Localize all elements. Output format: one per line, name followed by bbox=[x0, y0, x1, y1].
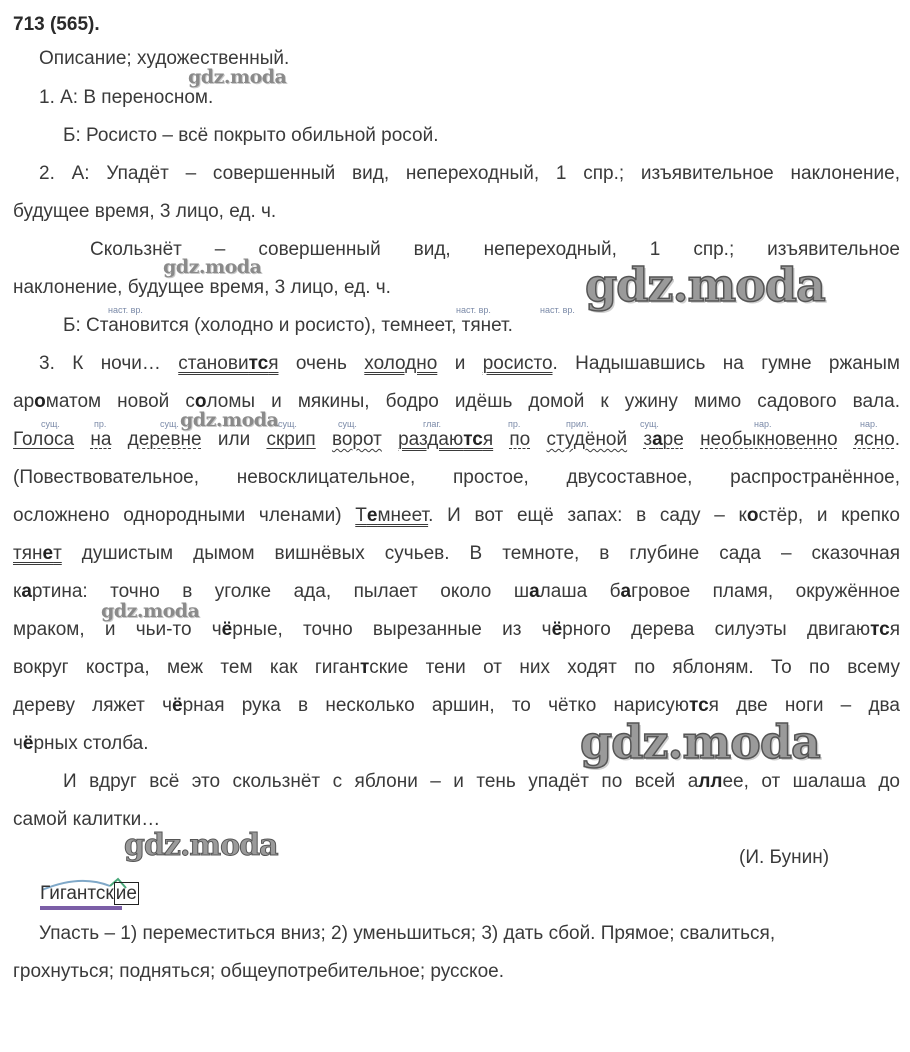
pos-label: нар. bbox=[754, 419, 771, 429]
text-line-2: ароматом новой соломы и мякины, бодро ид… bbox=[13, 391, 900, 413]
final-line-2: грохнуться; подняться; общеупотребительн… bbox=[13, 961, 504, 983]
watermark: gdz.moda bbox=[188, 66, 286, 88]
pos-label: пр. bbox=[94, 419, 106, 429]
answer-1b: Б: Росисто – всё покрыто обильной росой. bbox=[63, 125, 438, 147]
author: (И. Бунин) bbox=[739, 847, 829, 869]
answer-2a-line1: 2. А: Упадёт – совершенный вид, неперехо… bbox=[39, 163, 900, 185]
text-line-12: И вдруг всё это скользнёт с яблони – и т… bbox=[63, 771, 900, 793]
watermark: gdz.moda bbox=[585, 258, 825, 312]
final-line-1: Упасть – 1) переместиться вниз; 2) умень… bbox=[39, 923, 775, 945]
predicate: Темнеет bbox=[355, 505, 428, 526]
text-line-10: дереву ляжет чёрная рука в несколько арш… bbox=[13, 695, 900, 717]
watermark: gdz.moda bbox=[163, 256, 261, 278]
answer-2a-line2: будущее время, 3 лицо, ед. ч. bbox=[13, 201, 276, 223]
tense-annotation: наст. вр. bbox=[456, 305, 491, 315]
pos-label: сущ. bbox=[160, 419, 179, 429]
predicate: раздаются bbox=[398, 429, 493, 450]
text-line-11: чёрных столба. bbox=[13, 733, 149, 755]
text-line-9: вокруг костра, меж тем как гигантские те… bbox=[13, 657, 900, 679]
pos-label: глаг. bbox=[423, 419, 441, 429]
text-line-4: (Повествовательное, невосклицательное, п… bbox=[13, 467, 900, 489]
text-line-5: осложнено однородными членами) Темнеет. … bbox=[13, 505, 900, 527]
text-line-6: тянет душистым дымом вишнёвых сучьев. В … bbox=[13, 543, 900, 565]
predicate: холодно bbox=[364, 353, 437, 374]
answer-2a-skolznet-line2: наклонение, будущее время, 3 лицо, ед. ч… bbox=[13, 277, 391, 299]
text-line-3: Голоса на деревне или скрип ворот раздаю… bbox=[13, 429, 900, 451]
predicate: росисто bbox=[483, 353, 553, 374]
pos-label: сущ. bbox=[41, 419, 60, 429]
word-ending: ие bbox=[114, 882, 139, 905]
stem-bar bbox=[40, 906, 122, 910]
exercise-number: 713 (565). bbox=[13, 14, 100, 36]
pos-label: сущ. bbox=[338, 419, 357, 429]
watermark: gdz.moda bbox=[180, 409, 278, 431]
predicate: тянет bbox=[13, 543, 62, 564]
document-page: 713 (565). Описание; художественный. 1. … bbox=[0, 0, 910, 1052]
text-line-1: 3. К ночи… становится очень холодно и ро… bbox=[39, 353, 900, 375]
text-line-8: мраком, и чьи-то чёрные, точно вырезанны… bbox=[13, 619, 900, 641]
answer-1a: 1. А: В переносном. bbox=[39, 87, 213, 109]
morpheme-analysis: Гигантские bbox=[40, 876, 160, 916]
predicate: становится bbox=[178, 353, 278, 374]
pos-label: пр. bbox=[508, 419, 520, 429]
pos-label: нар. bbox=[860, 419, 877, 429]
tense-annotation: наст. вр. bbox=[108, 305, 143, 315]
tense-annotation: наст. вр. bbox=[540, 305, 575, 315]
watermark: gdz.moda bbox=[101, 600, 199, 622]
pos-label: сущ. bbox=[640, 419, 659, 429]
morpheme-word: Гигантские bbox=[40, 883, 139, 905]
answer-2b: Б: Становится (холодно и росисто), темне… bbox=[63, 315, 513, 337]
pos-label: сущ. bbox=[278, 419, 297, 429]
subject: скрип bbox=[266, 429, 315, 450]
watermark: gdz.moda bbox=[124, 828, 278, 863]
watermark: gdz.moda bbox=[580, 715, 820, 769]
subject: Голоса bbox=[13, 429, 74, 450]
pos-label: прил. bbox=[566, 419, 589, 429]
